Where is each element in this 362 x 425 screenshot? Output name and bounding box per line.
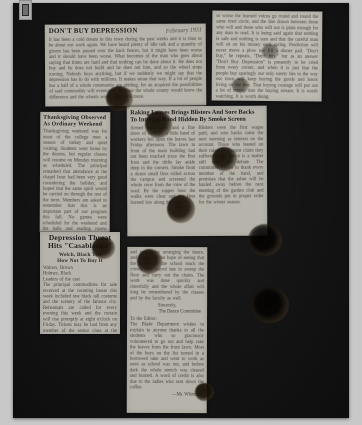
stain-on-page: [248, 224, 282, 256]
ink-stain: [106, 86, 133, 111]
corner-tab: [19, 0, 32, 20]
letter-body-bottom: The Blade Department wishes to explain t…: [130, 322, 204, 391]
ink-stain: [212, 147, 237, 171]
letter-signature: —Mr. Whitman: [130, 392, 202, 397]
article-body: Walters, Brown Holmes, Black Leaders of …: [43, 265, 117, 334]
ink-stain: [232, 78, 249, 93]
ink-stain: [145, 111, 172, 138]
ink-stain: [137, 249, 162, 274]
letter-closing-name: The Dance Committee: [130, 309, 201, 314]
article-body: Thanksgiving weekend was for most of the…: [43, 129, 108, 232]
article-column-1: Armed with rakes and a fine show of cour…: [130, 125, 195, 206]
ink-stain: [92, 237, 115, 259]
headline-thanksgiving-line2: As Ordinary Weekend: [43, 121, 107, 128]
clipping-thanksgiving: Thanksgiving Observed As Ordinary Weeken…: [40, 112, 111, 232]
ink-stain: [167, 195, 195, 223]
ink-stain: [262, 44, 279, 59]
handwritten-date-note: February 1931: [165, 26, 201, 35]
scrapbook-scan: DON'T BUY DEPRESSION February 1931 It ha…: [0, 0, 362, 425]
headline-dont-buy-depression: DON'T BUY DEPRESSION: [49, 27, 138, 36]
ink-stain: [195, 383, 214, 401]
stain-on-page: [251, 287, 289, 323]
tab-clasp-icon: [22, 4, 29, 16]
